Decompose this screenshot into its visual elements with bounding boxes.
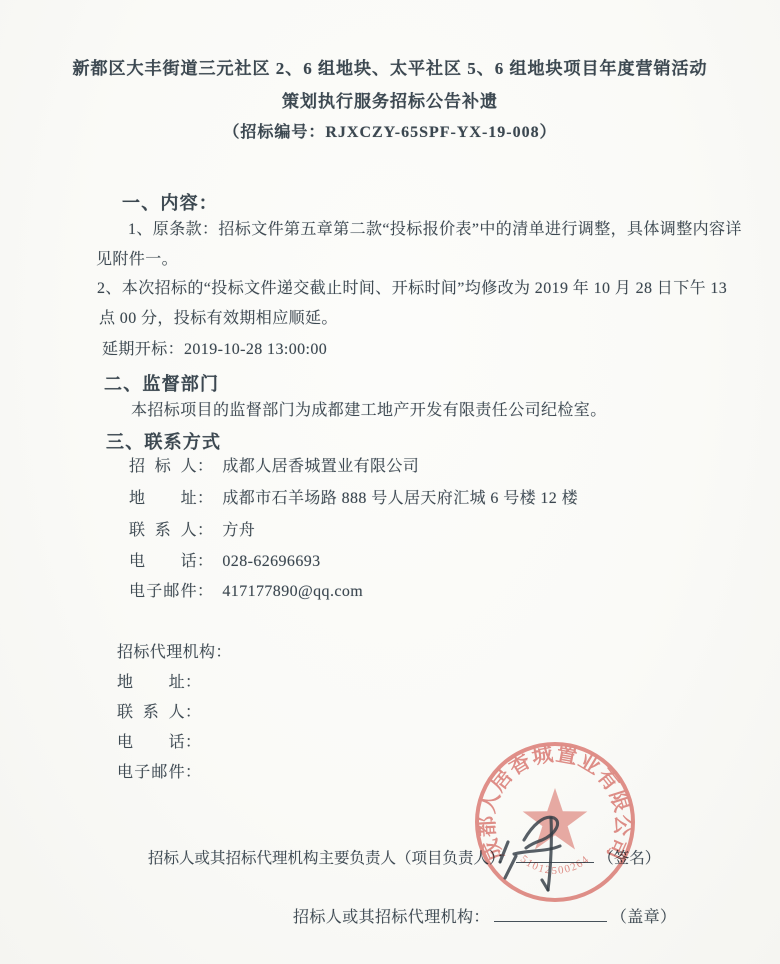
section2-heading: 二、监督部门: [104, 370, 219, 396]
agency-contact-person-row: 联系人：: [117, 703, 210, 722]
agency-contact-person-label: 联系人: [117, 703, 185, 722]
colon: ：: [197, 582, 213, 601]
para1-line1: 1、原条款：招标文件第五章第二款“投标报价表”中的清单进行调整，具体调整内容详: [128, 220, 742, 239]
tenderer-name-label: 招标人: [129, 457, 197, 476]
colon: ：: [197, 552, 213, 571]
colon: ：: [185, 673, 201, 692]
tenderer-phone-row: 电话：028-62696693: [129, 552, 321, 571]
agency-phone-row: 电话：: [117, 733, 210, 752]
signature-line2-label: 招标人或其招标代理机构：: [293, 909, 490, 926]
agency-phone-label: 电话: [117, 733, 185, 752]
document-title-line1: 新都区大丰街道三元社区 2、6 组地块、太平社区 5、6 组地块项目年度营销活动: [0, 54, 780, 79]
tenderer-email-row: 电子邮件：417177890@qq.com: [129, 582, 363, 601]
tender-number: （招标编号：RJXCZY-65SPF-YX-19-008）: [0, 119, 780, 142]
supervision-body: 本招标项目的监督部门为成都建工地产开发有限责任公司纪检室。: [131, 401, 607, 420]
scanned-tender-notice-page: 新都区大丰街道三元社区 2、6 组地块、太平社区 5、6 组地块项目年度营销活动…: [0, 0, 780, 964]
section3-heading: 三、联系方式: [106, 428, 221, 454]
handwritten-signature: [494, 798, 590, 908]
agency-name-row: 招标代理机构：: [117, 643, 241, 662]
agency-address-label: 地址: [117, 673, 185, 692]
tenderer-contact-person-row: 联系人：方舟: [129, 521, 255, 540]
section1-heading: 一、内容：: [122, 189, 218, 215]
signature-line1-label: 招标人或其招标代理机构主要负责人（项目负责人）：: [148, 850, 512, 867]
tenderer-name-row: 招标人：成都人居香城置业有限公司: [129, 457, 419, 476]
tenderer-address-value: 成都市石羊场路 888 号人居天府汇城 6 号楼 12 楼: [222, 490, 578, 507]
tenderer-contact-person-value: 方舟: [222, 522, 255, 539]
tenderer-contact-person-label: 联系人: [129, 521, 197, 540]
colon: ：: [197, 489, 213, 508]
tenderer-email-label: 电子邮件: [129, 582, 197, 601]
agency-email-label: 电子邮件: [117, 763, 185, 782]
colon: ：: [197, 521, 213, 540]
document-title-line2: 策划执行服务招标公告补遗: [0, 87, 780, 112]
tenderer-phone-label: 电话: [129, 552, 197, 571]
colon: ：: [185, 763, 201, 782]
tenderer-address-row: 地址：成都市石羊场路 888 号人居天府汇城 6 号楼 12 楼: [129, 489, 578, 508]
colon: ：: [185, 733, 201, 752]
para2-line2: 点 00 分，投标有效期相应顺延。: [99, 309, 338, 328]
tenderer-name-value: 成都人居香城置业有限公司: [222, 458, 419, 475]
colon: ：: [197, 457, 213, 476]
colon: ：: [215, 643, 231, 662]
tenderer-email-value: 417177890@qq.com: [222, 583, 363, 600]
agency-name-label: 招标代理机构: [117, 643, 215, 662]
colon: ：: [185, 703, 201, 722]
postponed-opening-line: 延期开标：2019-10-28 13:00:00: [102, 340, 327, 359]
agency-address-row: 地址：: [117, 673, 210, 692]
para1-line2: 见附件一。: [96, 250, 178, 269]
tenderer-phone-value: 028-62696693: [222, 553, 320, 570]
para2-line1: 2、本次招标的“投标文件递交截止时间、开标时间”均修改为 2019 年 10 月…: [97, 279, 727, 298]
agency-email-row: 电子邮件：: [117, 763, 210, 782]
tenderer-address-label: 地址: [129, 489, 197, 508]
